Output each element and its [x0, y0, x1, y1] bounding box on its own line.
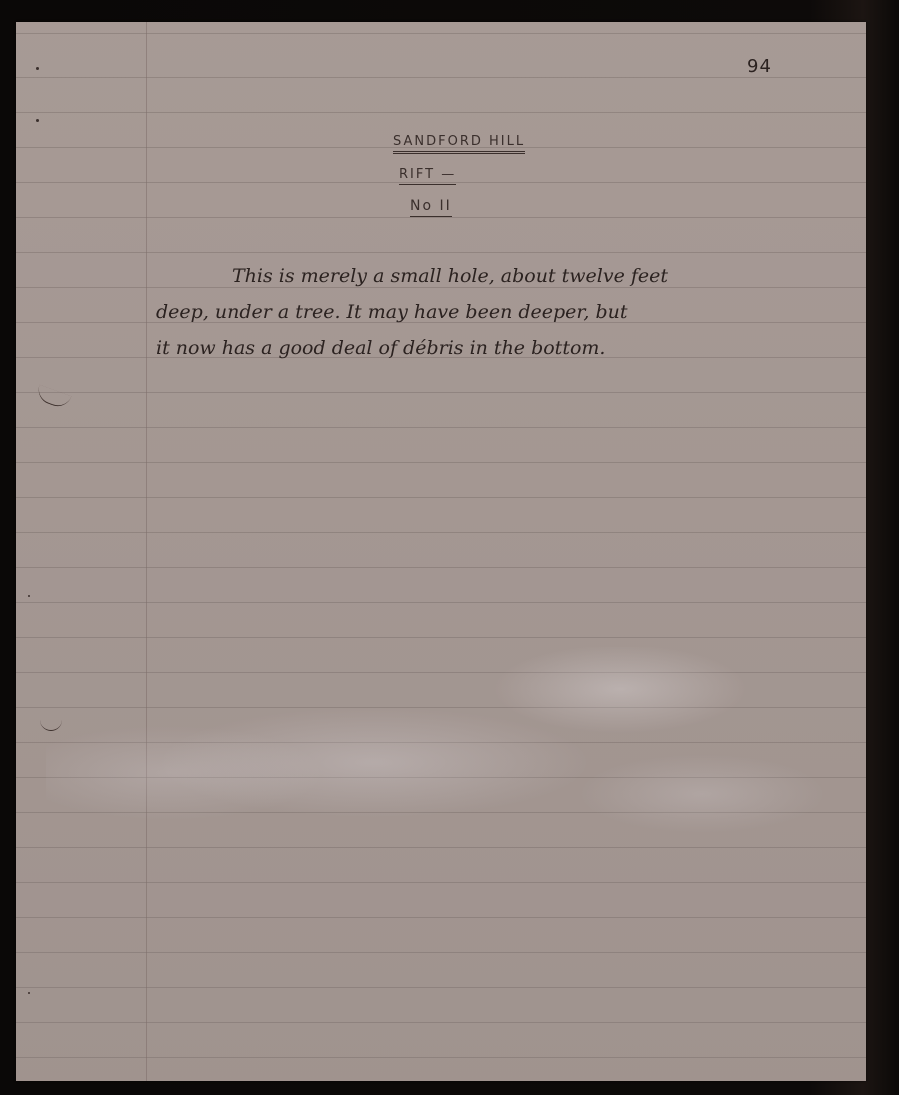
heading-title: SANDFORD HILL — [393, 134, 525, 154]
body-line: deep, under a tree. It may have been dee… — [156, 294, 846, 330]
heading-subtitle: RIFT — — [399, 167, 456, 185]
body-line: it now has a good deal of débris in the … — [156, 330, 846, 366]
handwritten-paragraph: This is merely a small hole, about twelv… — [156, 258, 846, 366]
paper-speck — [28, 992, 30, 994]
margin-line — [146, 22, 147, 1081]
body-line: This is merely a small hole, about twelv… — [156, 258, 846, 294]
page-number: 94 — [747, 56, 772, 77]
paper-speck — [28, 595, 30, 597]
binder-mark — [36, 119, 39, 122]
notebook-page: 94 SANDFORD HILL RIFT — No II This is me… — [16, 22, 866, 1081]
photo-frame: 94 SANDFORD HILL RIFT — No II This is me… — [0, 0, 899, 1095]
binder-mark — [36, 67, 39, 70]
heading-number: No II — [410, 198, 452, 217]
